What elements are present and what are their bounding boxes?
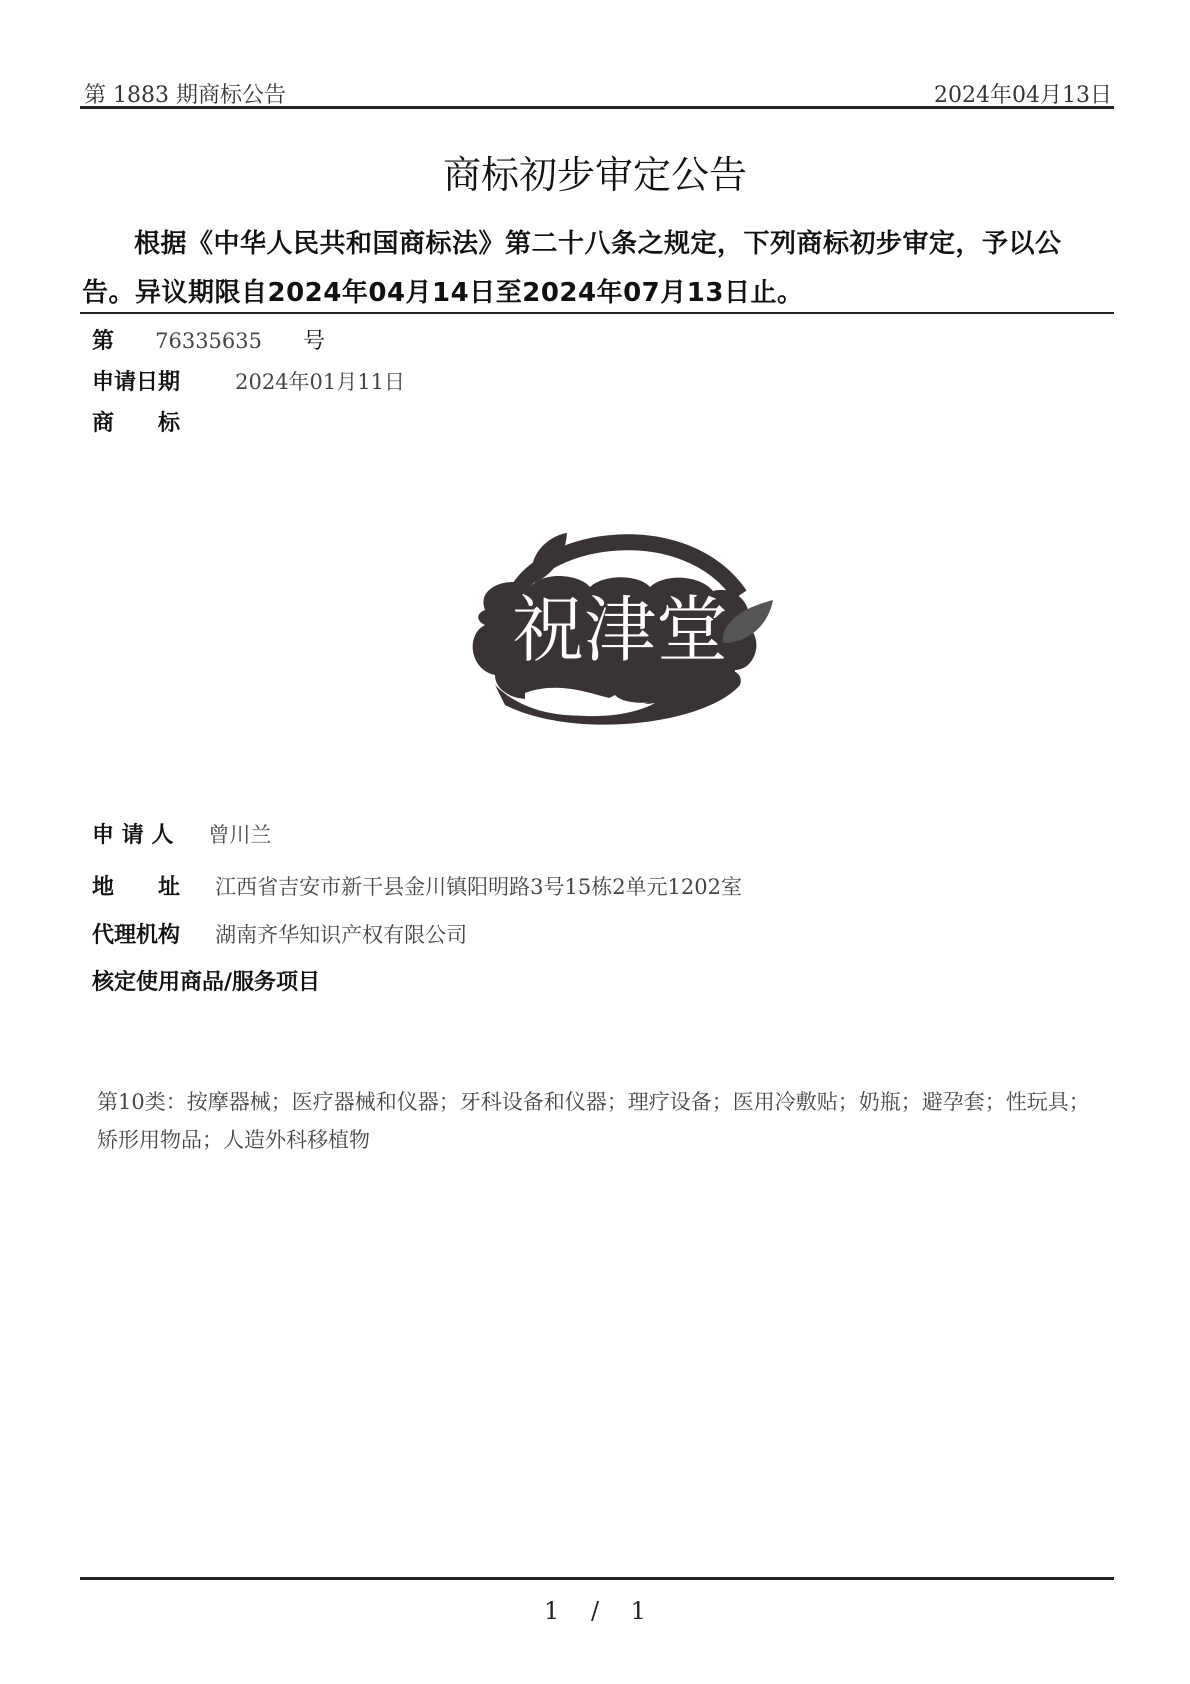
intro-paragraph: 根据《中华人民共和国商标法》第二十八条之规定，下列商标初步审定，予以公告。异议期… [82, 220, 1114, 318]
agency-row: 代理机构 湖南齐华知识产权有限公司 [92, 918, 467, 949]
application-date-label: 申请日期 [92, 370, 180, 395]
address-row: 地 址 江西省吉安市新干县金川镇阳明路3号15栋2单元1202室 [92, 870, 742, 901]
goods-list: 第10类：按摩器械；医疗器械和仪器；牙科设备和仪器；理疗设备；医用冷敷贴；奶瓶；… [97, 1083, 1110, 1159]
intro-divider [80, 312, 1114, 314]
address-label: 地 址 [92, 875, 180, 900]
number-prefix: 第 [92, 329, 114, 354]
issue-number: 第 1883 期商标公告 [84, 78, 286, 109]
registration-number: 76335635 [155, 329, 262, 353]
page-indicator: 1 / 1 [0, 1597, 1190, 1625]
trademark-row: 商 标 [92, 406, 180, 437]
applicant-label: 申 请 人 [92, 823, 173, 848]
agency-label: 代理机构 [92, 923, 180, 948]
registration-number-row: 第 76335635 号 [92, 324, 325, 355]
footer-divider [80, 1577, 1114, 1580]
trademark-label: 商 标 [92, 411, 180, 436]
applicant-name: 曾川兰 [208, 823, 271, 847]
header-divider [80, 106, 1114, 109]
application-date-row: 申请日期 2024年01月11日 [92, 365, 405, 396]
applicant-row: 申 请 人 曾川兰 [92, 818, 271, 849]
svg-text:祝津堂: 祝津堂 [512, 588, 728, 672]
trademark-logo: 祝津堂 [455, 525, 775, 735]
trademark-emblem-icon: 祝津堂 [455, 525, 775, 735]
agency-value: 湖南齐华知识产权有限公司 [215, 923, 467, 947]
publication-date: 2024年04月13日 [934, 78, 1112, 109]
application-date: 2024年01月11日 [235, 370, 405, 394]
goods-label: 核定使用商品/服务项目 [92, 970, 320, 995]
goods-heading-row: 核定使用商品/服务项目 [92, 965, 320, 996]
address-value: 江西省吉安市新干县金川镇阳明路3号15栋2单元1202室 [215, 875, 742, 899]
page-title: 商标初步审定公告 [0, 144, 1190, 199]
number-suffix: 号 [303, 329, 325, 354]
